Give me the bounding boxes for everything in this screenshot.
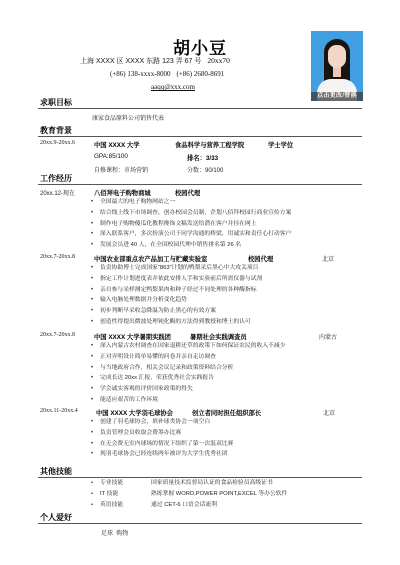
experience-date: 20xx.7-20xx.8 <box>40 332 75 338</box>
experience-bullet: 结合线上线下市场调查，创办校园会员制，企划八佰拜校园行商业宣传方案 <box>91 208 291 219</box>
experience-location: 内蒙古 <box>319 332 337 341</box>
education-school: 中国 XXXX 大学 <box>94 140 140 149</box>
education-course: 自修课程：市场营销 <box>94 165 148 174</box>
phone-landline: (+86) 2680-8691 <box>177 70 225 78</box>
experience-bullet: 完成长达 20xx 汇报，荣获优秀社会实践报告 <box>91 373 286 384</box>
experience-date: 20xx.12-现在 <box>40 188 75 197</box>
section-divider <box>38 523 362 524</box>
experience-bullet: 全国最大的电子购物网站之一 <box>91 197 291 208</box>
experience-bullet: 与当地政府合作，相关会议记录和政策资料结合分析 <box>91 363 286 374</box>
resume-page: 胡小豆 上海 XXXX 区 XXXX 东路 123 弄 67 号20xx70 (… <box>0 0 400 565</box>
education-gpa: GPA:85/100 <box>94 153 128 160</box>
experience-role: 创立者同时担任组织部长 <box>192 408 261 417</box>
education-college: 食品科学与营养工程学院 <box>175 140 244 149</box>
address-line: 上海 XXXX 区 XXXX 东路 123 弄 67 号20xx70 <box>80 56 230 66</box>
education-degree: 学士学位 <box>268 140 293 149</box>
skill-label: IT 技能 <box>100 489 151 500</box>
section-divider <box>38 108 362 109</box>
experience-bullet: 亲自参与采样测定鸭梨果肉和种子经过不同处理的各种酶指标 <box>91 285 262 296</box>
experience-bullet: 创建了羽毛球协会，填补球类协会一项空白 <box>91 417 233 428</box>
experience-bullet: 学会诚实客观的评价国家政策的得失 <box>91 384 286 395</box>
experience-location: 北京 <box>322 254 334 263</box>
section-divider <box>38 184 362 185</box>
experience-bullet: 指定工作计划进度表并依此安排人手和实验前后所需仪器与试剂 <box>91 274 262 285</box>
experience-bullets: 全国最大的电子购物网站之一 结合线上线下市场调查，创办校园会员制，企划八佰拜校园… <box>91 197 291 251</box>
skill-value: 国家质量技术监督局认证的食品检验员高级证书 <box>151 480 273 486</box>
skill-label: 专业技能 <box>100 478 151 489</box>
experience-bullet: 在无会费无室内球场的情况下组织了第一次混双比赛 <box>91 439 233 450</box>
phone-line: (+86) 138-xxxx-8000(+86) 2680-8691 <box>110 70 224 78</box>
experience-bullet: 现羽毛球协会已经连续两年被评为大学生优秀社团 <box>91 449 233 460</box>
education-score: 分数：90/100 <box>187 165 223 174</box>
experience-location: 北京 <box>323 408 335 417</box>
section-title-objective: 求职目标 <box>40 97 72 108</box>
postcode: 20xx70 <box>207 56 230 65</box>
experience-bullet: 负责协助博士完成国家“863”计划的鸭梨采后黑心中大攻关项目 <box>91 263 262 274</box>
section-title-hobbies: 个人爱好 <box>40 512 72 523</box>
section-title-skills: 其他技能 <box>40 466 72 477</box>
experience-bullet: 深入内蒙古农村调查在国家退耕还草的政策下如何保证农民的收入不减少 <box>91 341 286 352</box>
experience-org: 中国 XXXX 大学羽毛球协会 <box>96 408 173 417</box>
experience-bullet: 深入联系客户，多次扮演公司于同学沟通的桥梁，用诚实和责任心打动客户 <box>91 229 291 240</box>
experience-bullet: 能适应艰苦的工作环境 <box>91 395 286 406</box>
experience-role: 校园代理 <box>175 188 200 197</box>
experience-org: 八佰拜电子购物商城 <box>94 188 151 197</box>
address: 上海 XXXX 区 XXXX 东路 123 弄 67 号 <box>80 58 201 65</box>
experience-bullets: 创建了羽毛球协会，填补球类协会一项空白 负责管理会员收取会费筹办比赛 在无会费无… <box>91 417 233 460</box>
email-link[interactable]: aaqq@xxx.com <box>151 83 195 91</box>
skill-value: 通过 CET-6 口语会话流利 <box>151 502 217 508</box>
section-title-experience: 工作经历 <box>40 173 72 184</box>
photo-face <box>328 45 346 68</box>
experience-bullets: 负责协助博士完成国家“863”计划的鸭梨采后黑心中大攻关项目 指定工作计划进度表… <box>91 263 262 328</box>
experience-bullet: 初步判断早采收急降温为防止黑心的有效方案 <box>91 306 262 317</box>
section-divider <box>38 136 362 137</box>
hobbies-text: 足球 购物 <box>101 528 128 537</box>
experience-bullet: 正对弄明设计简单易懂的问卷并亲自走访调查 <box>91 352 286 363</box>
experience-bullet: 负责管理会员收取会费筹办比赛 <box>91 428 233 439</box>
experience-bullet: 输入电脑处理数据并分析变化趋势 <box>91 295 262 306</box>
phone-mobile: (+86) 138-xxxx-8000 <box>110 70 171 78</box>
experience-org: 中国农业部重点农产品加工与贮藏实验室 <box>94 254 207 263</box>
skill-item: 英语技能通过 CET-6 口语会话流利 <box>91 500 287 511</box>
skills-list: 专业技能国家质量技术监督局认证的食品检验员高级证书 IT 技能熟练掌握 WORD… <box>91 478 287 511</box>
experience-bullet: 制作电子购物傻瓜化教程搀饰文稿发送给潜在客户并挂在网上 <box>91 219 291 230</box>
objective-text: 康家食品原料公司销售代表 <box>92 113 164 122</box>
experience-role: 校园代理 <box>248 254 273 263</box>
skill-label: 英语技能 <box>100 500 151 511</box>
skill-item: IT 技能熟练掌握 WORD,POWER POINT,EXCEL 等办公软件 <box>91 489 287 500</box>
photo-neck <box>333 67 341 77</box>
experience-bullets: 深入内蒙古农村调查在国家退耕还草的政策下如何保证农民的收入不减少 正对弄明设计简… <box>91 341 286 406</box>
skill-value: 熟练掌握 WORD,POWER POINT,EXCEL 等办公软件 <box>151 491 287 497</box>
experience-bullet: 发展会员进 40 人，在全国校园代理中销售排名第 26 名 <box>91 240 291 251</box>
education-date: 20xx.9-20xx.6 <box>40 140 75 146</box>
experience-role: 暑期社会实践调查员 <box>190 332 247 341</box>
experience-org: 中国 XXXX 大学暑期实践团 <box>94 332 171 341</box>
education-rank: 排名：3/33 <box>187 153 218 162</box>
section-title-education: 教育背景 <box>40 125 72 136</box>
skill-item: 专业技能国家质量技术监督局认证的食品检验员高级证书 <box>91 478 287 489</box>
experience-bullet: 创造性得提出微波处理钝化酶的方法得到教授和博士的认可 <box>91 317 262 328</box>
experience-date: 20xx.11-20xx.4 <box>40 408 78 414</box>
change-photo-button[interactable]: 点击更改/替换 <box>311 92 363 101</box>
profile-photo[interactable]: 点击更改/替换 <box>311 31 363 101</box>
experience-date: 20xx.7-20xx.8 <box>40 254 75 260</box>
